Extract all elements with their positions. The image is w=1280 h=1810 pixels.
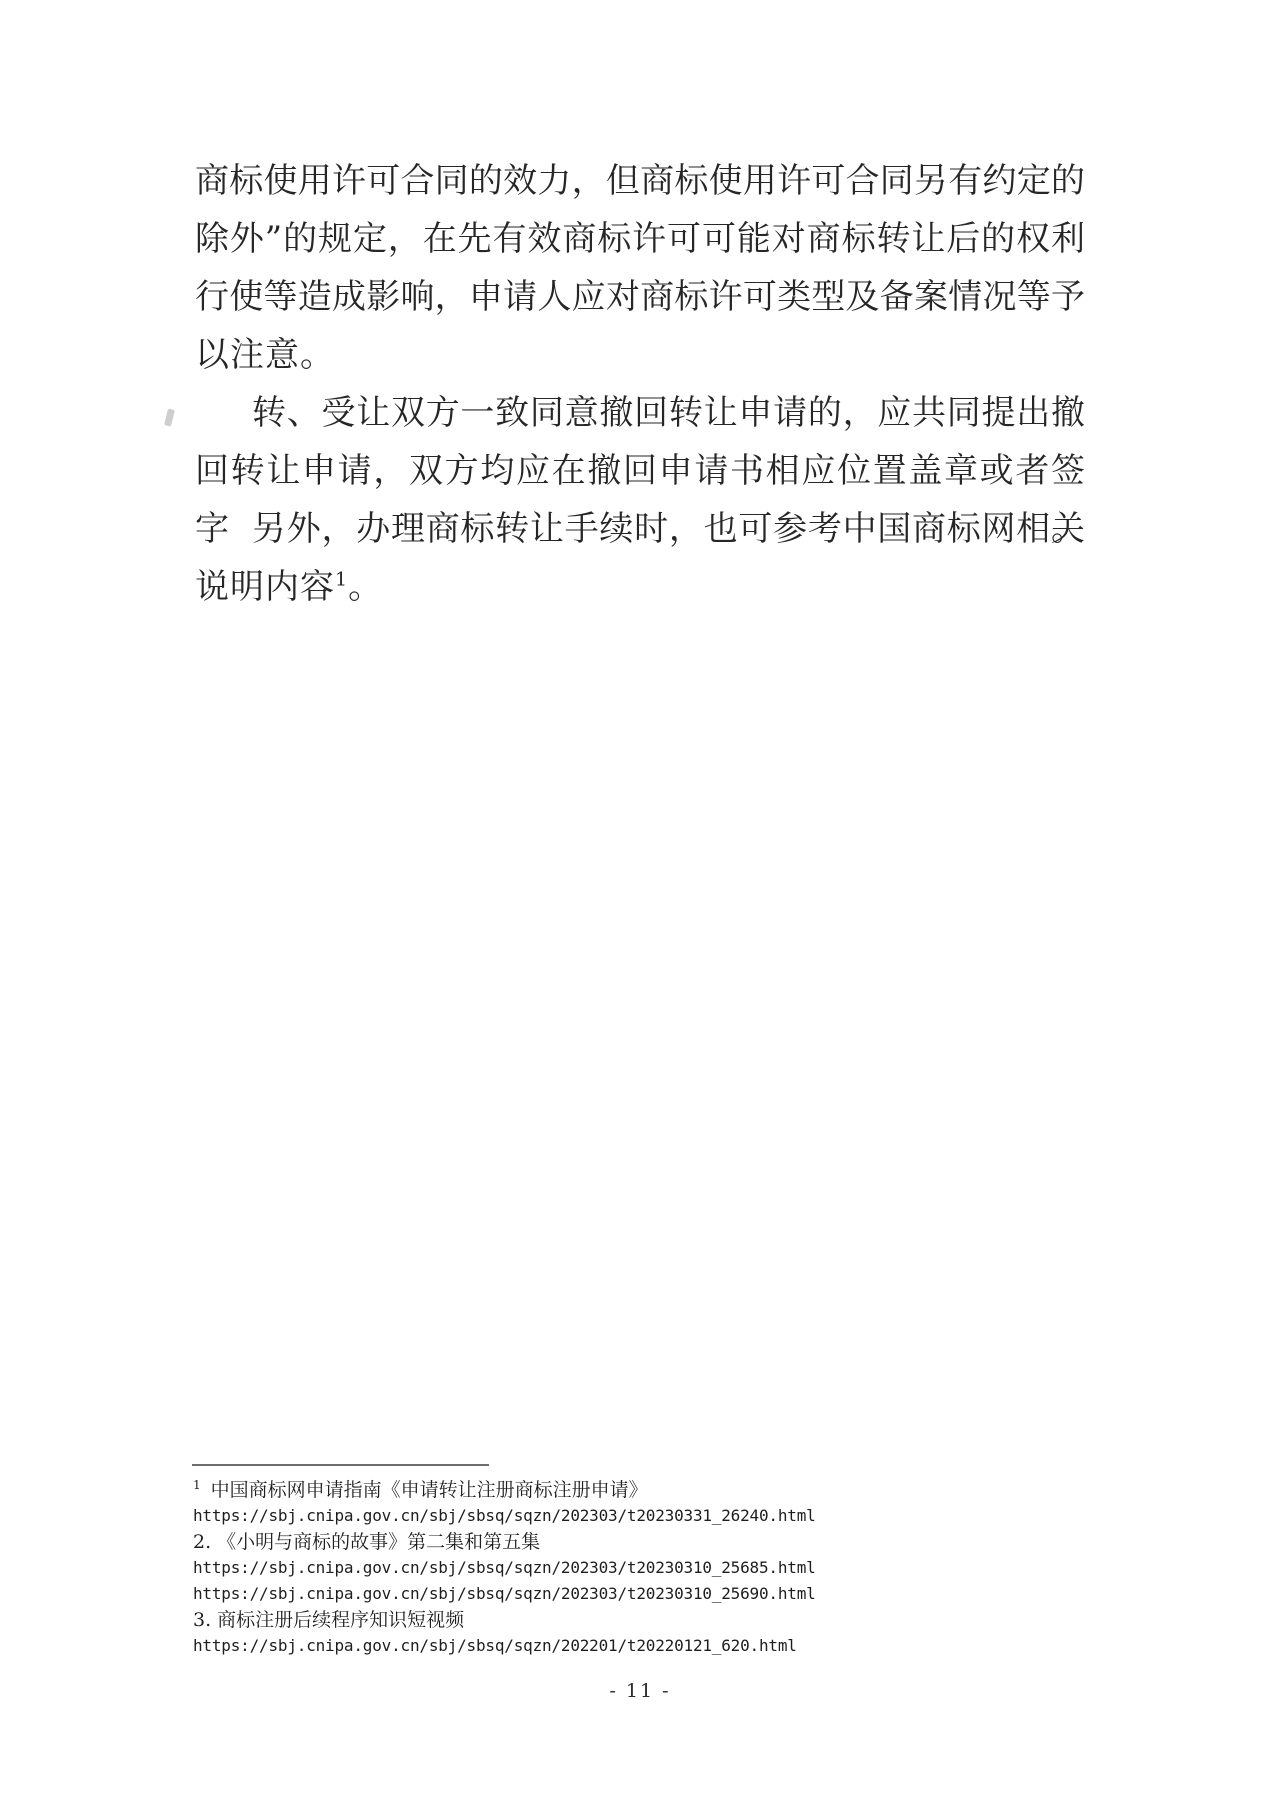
body-line: 除外”的规定，在先有效商标许可可能对商标转让后的权利	[195, 210, 1085, 268]
footnote-reference-superscript: 1	[335, 569, 348, 591]
footnote-marker: 1	[193, 1478, 201, 1492]
footnote-line: 3. 商标注册后续程序知识短视频	[193, 1607, 913, 1633]
body-line: 另外，办理商标转让手续时，也可参考中国商标网相关	[195, 500, 1085, 558]
footnote-url: https://sbj.cnipa.gov.cn/sbj/sbsq/sqzn/2…	[193, 1633, 913, 1659]
footnote-line: 2. 《小明与商标的故事》第二集和第五集	[193, 1529, 913, 1555]
footnote-line: 1中国商标网申请指南《申请转让注册商标注册申请》	[193, 1477, 913, 1503]
body-line: 以注意。	[195, 326, 1085, 384]
body-text-block: 商标使用许可合同的效力，但商标使用许可合同另有约定的 除外”的规定，在先有效商标…	[195, 152, 1085, 616]
body-line: 商标使用许可合同的效力，但商标使用许可合同另有约定的	[195, 152, 1085, 210]
body-line: 说明内容1。	[195, 558, 1085, 616]
footnote-url: https://sbj.cnipa.gov.cn/sbj/sbsq/sqzn/2…	[193, 1503, 913, 1529]
footnote-url: https://sbj.cnipa.gov.cn/sbj/sbsq/sqzn/2…	[193, 1555, 913, 1581]
footnote-text: 中国商标网申请指南《申请转让注册商标注册申请》	[211, 1479, 648, 1501]
document-page: 商标使用许可合同的效力，但商标使用许可合同另有约定的 除外”的规定，在先有效商标…	[0, 0, 1280, 1810]
footnote-url: https://sbj.cnipa.gov.cn/sbj/sbsq/sqzn/2…	[193, 1581, 913, 1607]
body-line: 行使等造成影响，申请人应对商标许可类型及备案情况等予	[195, 268, 1085, 326]
body-line-text: 。	[348, 567, 383, 607]
page-number: - 11 -	[0, 1680, 1280, 1702]
body-line-text: 说明内容	[195, 567, 335, 607]
scan-smudge-artifact	[164, 408, 175, 426]
body-line: 回转让申请，双方均应在撤回申请书相应位置盖章或者签字。	[195, 442, 1085, 500]
body-line: 转、受让双方一致同意撤回转让申请的，应共同提出撤	[195, 384, 1085, 442]
footnote-separator-line	[192, 1464, 489, 1466]
footnotes-block: 1中国商标网申请指南《申请转让注册商标注册申请》 https://sbj.cni…	[193, 1477, 913, 1659]
